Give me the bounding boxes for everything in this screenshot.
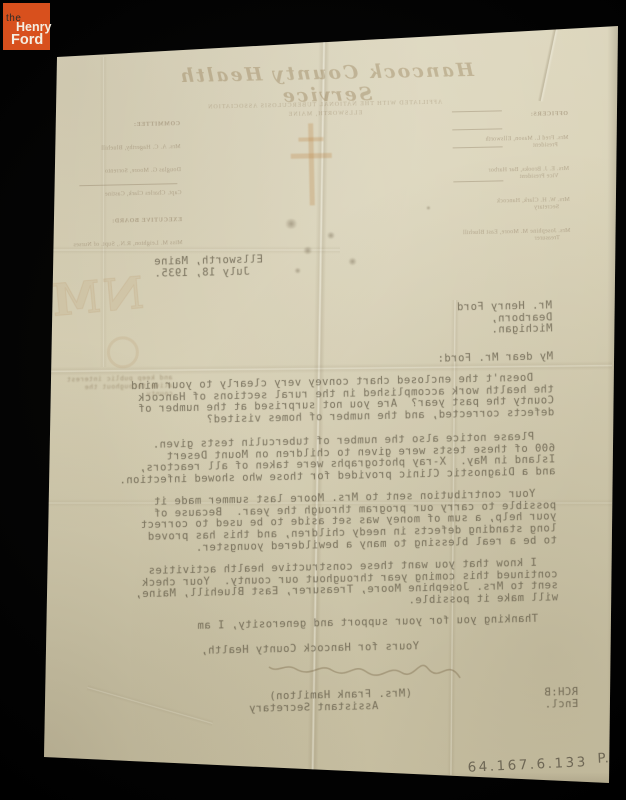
officer-entry: Mrs. Josephine M. Moore, East Bluehill T…: [420, 228, 570, 245]
bleedthrough-letter: Hancock County Health Service AFFILIATED…: [36, 20, 626, 789]
salutation: My dear Mr. Ford:: [437, 351, 553, 365]
body-paragraph-1: Doesn't the enclosed chart convey very c…: [131, 372, 555, 428]
executive-entry: Miss M. Leighton, R.N., Supt. of Nurses: [53, 240, 183, 250]
signature-scribble: [265, 653, 466, 691]
henry-ford-logo: the Henry Ford: [3, 3, 50, 50]
dateline: Ellsworth, Maine July 18, 1935.: [154, 254, 264, 280]
document-paper: Hancock County Health Service AFFILIATED…: [0, 0, 626, 800]
letterhead-subtitle-2: ELLSWORTH, MAINE: [200, 108, 450, 119]
officer-entry: Mrs. W. H. Clark, Hancock Secretary: [420, 197, 570, 214]
signature-title: Assistant Secretary: [249, 701, 379, 715]
committee-entry: Capt. Charles Clark, Castine: [52, 190, 182, 200]
ghost-bleedthrough-large-text: NM: [47, 273, 145, 323]
photo-stage: Hancock County Health Service AFFILIATED…: [0, 0, 626, 800]
committee-entry: Mrs. A. C. Hagerthy, Bluehill: [51, 144, 181, 154]
recipient-address: Mr. Henry Ford Dearborn, Michigan.: [456, 300, 552, 336]
tb-cross-upper-bar: [298, 137, 323, 142]
tb-cross-lower-bar: [291, 153, 332, 159]
logo-word-ford: Ford: [11, 32, 43, 48]
ghost-bleedthrough-ring: [107, 336, 140, 369]
body-paragraph-3: Your contribution sent to Mrs. Moore las…: [140, 488, 557, 555]
officers-heading: OFFICERS:: [418, 111, 568, 121]
officer-entry: Mrs. Fred L. Mason, Ellsworth President: [418, 135, 568, 152]
committee-entry: Douglas G. Moore, Sorrento: [51, 167, 181, 177]
executive-heading: EXECUTIVE BOARD:: [52, 217, 182, 227]
letter-content-plane: Hancock County Health Service AFFILIATED…: [36, 20, 626, 789]
body-paragraph-2: Please notice also the number of tubercu…: [118, 431, 555, 487]
ghost-bleedthrough-small-text: and keep public interest alive throughou…: [52, 373, 172, 400]
page-number: P.1: [597, 750, 620, 767]
body-paragraph-4: I know that you want these constructive …: [134, 557, 558, 613]
typist-initials: RCH:B Encl.: [544, 687, 579, 711]
ink-smudge: [426, 206, 431, 210]
tb-double-cross-icon: [308, 123, 315, 205]
committee-column: COMMITTEE: Mrs. A. C. Hagerthy, Bluehill…: [50, 107, 183, 266]
committee-heading: COMMITTEE:: [50, 121, 180, 131]
body-paragraph-5: Thanking you for your support and genero…: [197, 613, 559, 632]
